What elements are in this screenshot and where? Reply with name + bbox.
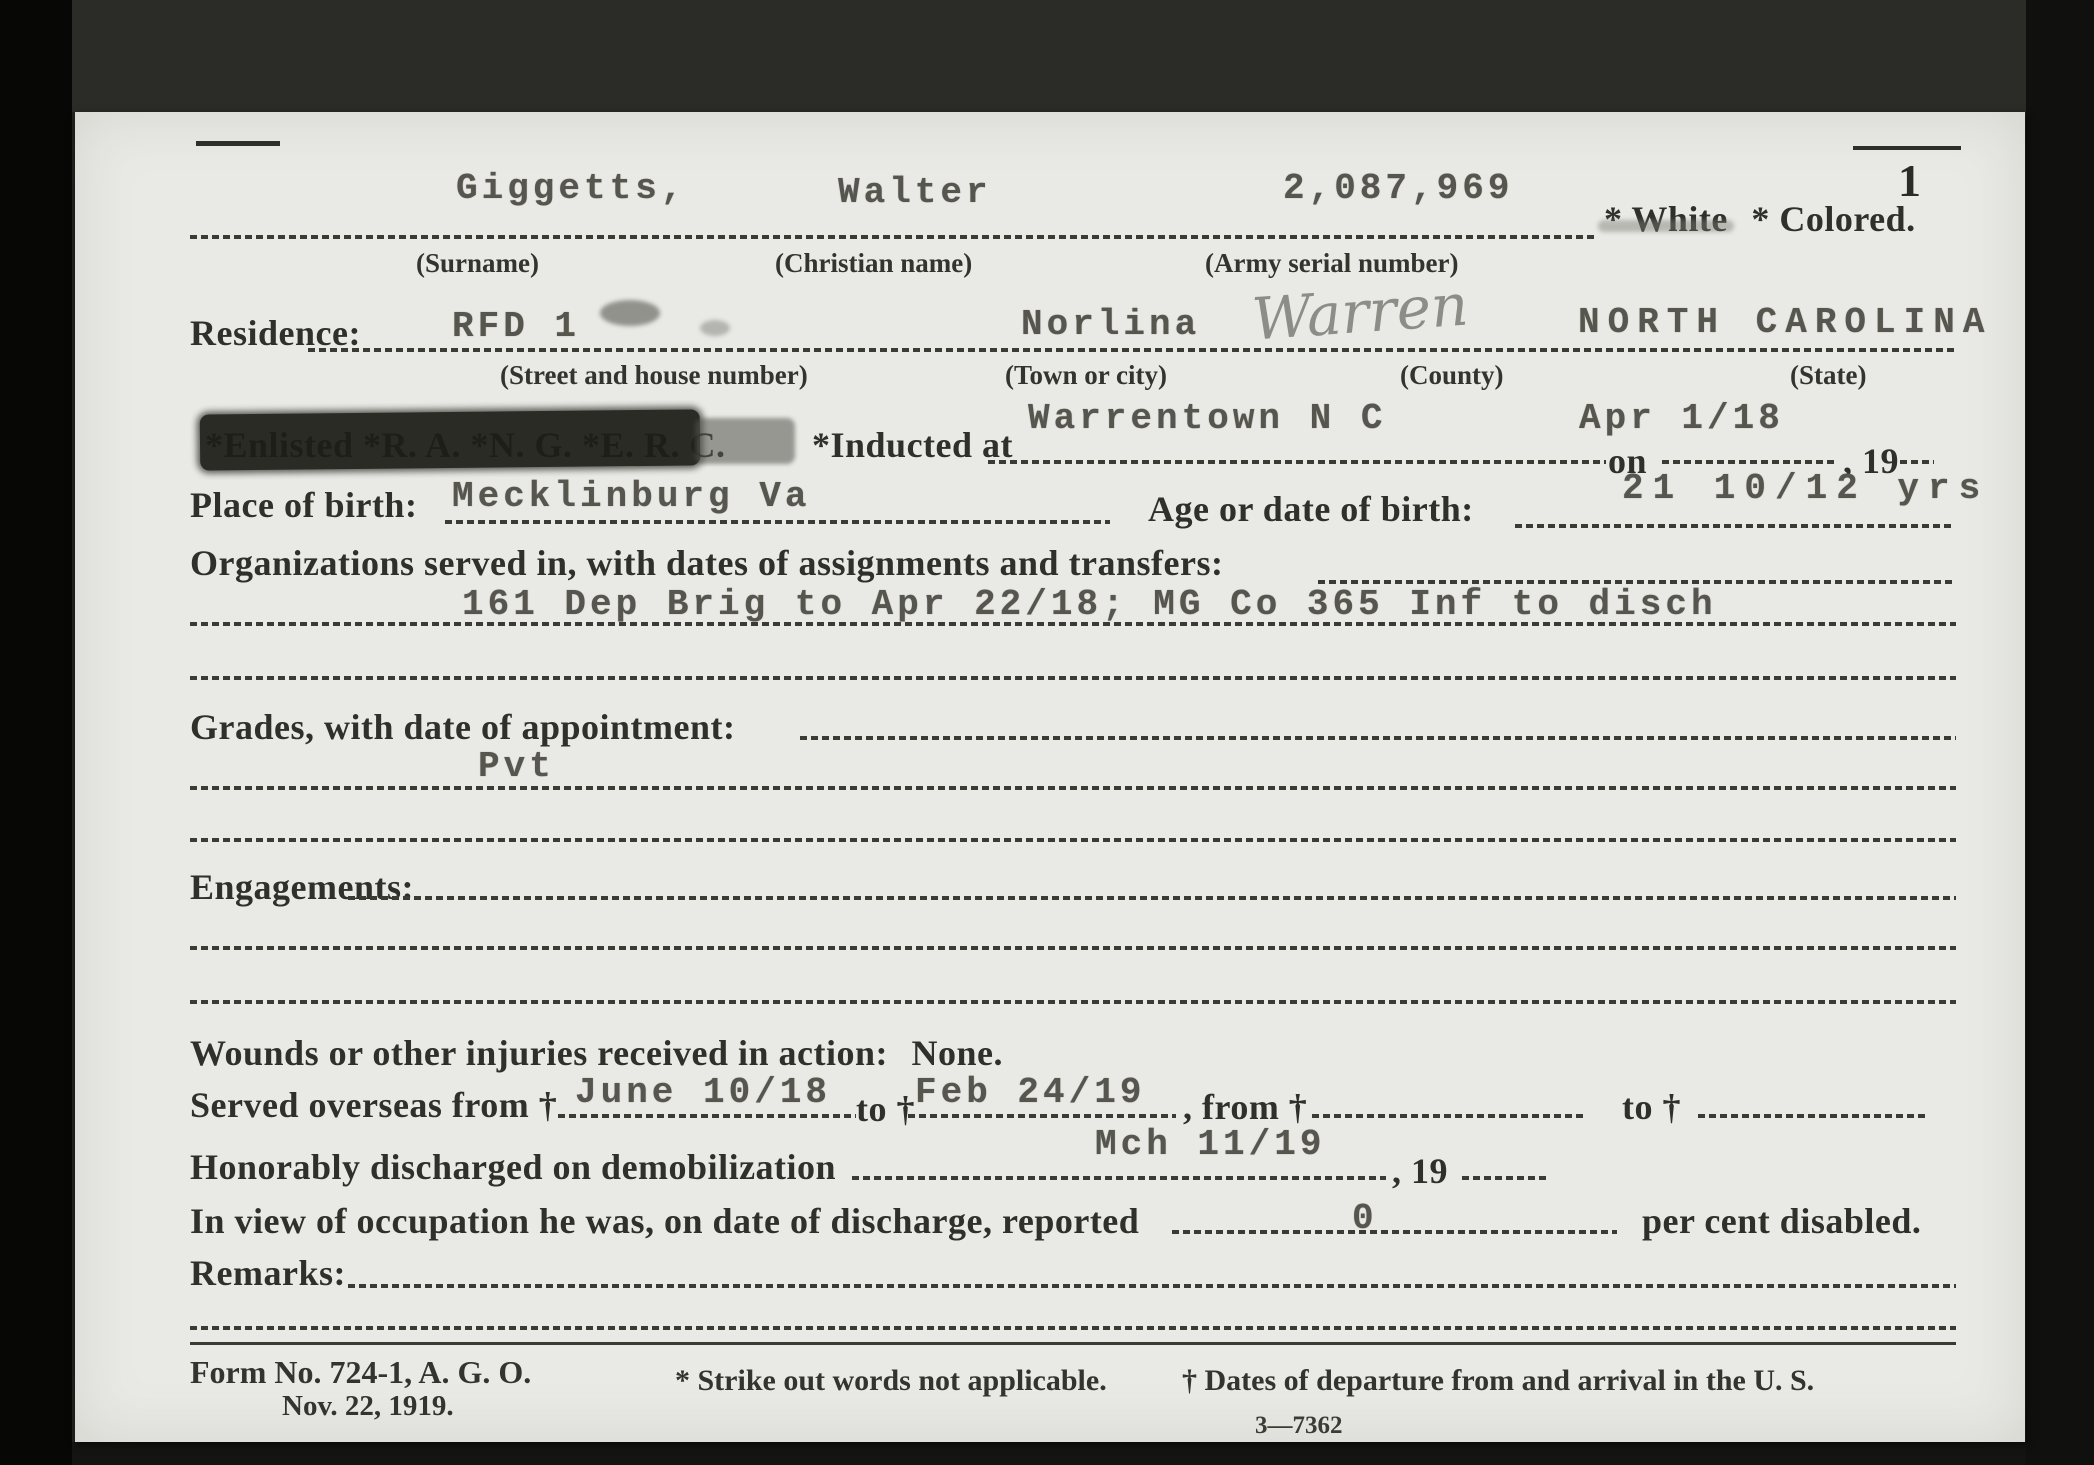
year-dotted-rule bbox=[1900, 460, 1934, 464]
scan-background-left bbox=[0, 0, 72, 1465]
place-of-birth-value: Mecklinburg Va bbox=[452, 476, 810, 517]
place-of-birth-dotted-rule bbox=[445, 520, 1110, 524]
overseas-from2-dotted-rule bbox=[1312, 1114, 1584, 1118]
surname-label: (Surname) bbox=[416, 248, 539, 279]
inducted-place-value: Warrentown N C bbox=[1028, 398, 1386, 439]
grades-entry: Pvt bbox=[478, 746, 555, 787]
organizations-dotted-rule-3 bbox=[190, 676, 1956, 680]
dagger-note: † Dates of departure from and arrival in… bbox=[1182, 1364, 1814, 1398]
form-date: Nov. 22, 1919. bbox=[282, 1390, 454, 1423]
town-value: Norlina bbox=[1021, 304, 1200, 345]
ink-smudge bbox=[700, 320, 730, 336]
overseas-from-dotted-rule bbox=[558, 1114, 856, 1118]
overseas-to2-dotted-rule bbox=[1698, 1114, 1926, 1118]
street-value: RFD 1 bbox=[452, 306, 580, 347]
christian-name-label: (Christian name) bbox=[775, 248, 972, 279]
age-label: Age or date of birth: bbox=[1148, 488, 1474, 530]
discharge-dotted-rule bbox=[852, 1176, 1386, 1180]
grades-dotted-rule-3 bbox=[190, 838, 1956, 842]
corner-dash-mark bbox=[196, 141, 280, 146]
wounds-value: None. bbox=[912, 1033, 1004, 1073]
race-white-option: * White bbox=[1604, 198, 1728, 240]
place-of-birth-label: Place of birth: bbox=[190, 484, 417, 526]
state-value: NORTH CAROLINA bbox=[1578, 302, 1992, 343]
remarks-dotted-rule bbox=[348, 1284, 1956, 1288]
redaction-smear bbox=[695, 418, 795, 464]
organizations-dotted-rule-2 bbox=[190, 622, 1956, 626]
name-dotted-rule bbox=[190, 235, 1598, 239]
engagements-dotted-rule-3 bbox=[190, 1000, 1956, 1004]
age-dotted-rule bbox=[1515, 524, 1955, 528]
discharge-label: Honorably discharged on demobilization bbox=[190, 1146, 836, 1188]
bottom-solid-rule bbox=[190, 1342, 1956, 1345]
induction-date-value: Apr 1/18 bbox=[1579, 398, 1784, 439]
bottom-dotted-rule bbox=[190, 1326, 1956, 1330]
residence-dotted-rule bbox=[308, 348, 1956, 352]
overseas-from2-label: , from † bbox=[1183, 1086, 1307, 1128]
grades-dotted-rule-1 bbox=[800, 736, 1956, 740]
overseas-to2-label: to † bbox=[1622, 1086, 1681, 1128]
induction-date-dotted-rule bbox=[1662, 460, 1838, 464]
remarks-label: Remarks: bbox=[190, 1252, 346, 1294]
redaction-mark bbox=[200, 409, 701, 470]
engagements-dotted-rule-1 bbox=[348, 896, 1956, 900]
organizations-entry: 161 Dep Brig to Apr 22/18; MG Co 365 Inf… bbox=[462, 584, 1717, 625]
scan-background-bottom bbox=[72, 1442, 2026, 1465]
scan-background-right bbox=[2026, 0, 2094, 1465]
disability-label: In view of occupation he was, on date of… bbox=[190, 1200, 1139, 1242]
organizations-label: Organizations served in, with dates of a… bbox=[190, 542, 1224, 584]
race-colored-option: * Colored. bbox=[1751, 199, 1915, 239]
town-label: (Town or city) bbox=[1005, 360, 1167, 391]
disability-value: 0 bbox=[1352, 1198, 1378, 1239]
discharge-date-value: Mch 11/19 bbox=[1095, 1124, 1325, 1165]
overseas-from-label: Served overseas from † bbox=[190, 1084, 557, 1126]
christian-name-value: Walter bbox=[838, 172, 992, 213]
state-label: (State) bbox=[1790, 360, 1866, 391]
ink-smudge bbox=[600, 300, 660, 326]
disability-suffix: per cent disabled. bbox=[1642, 1200, 1921, 1242]
engagements-dotted-rule-2 bbox=[190, 946, 1956, 950]
street-label: (Street and house number) bbox=[500, 360, 808, 391]
county-label: (County) bbox=[1400, 360, 1504, 391]
overseas-to-label: to † bbox=[856, 1088, 915, 1130]
print-code: 3—7362 bbox=[1255, 1412, 1343, 1440]
grades-dotted-rule-2 bbox=[190, 786, 1956, 790]
disability-dotted-rule bbox=[1172, 1230, 1617, 1234]
overseas-to-dotted-rule bbox=[908, 1114, 1176, 1118]
scan-background-top bbox=[72, 0, 2026, 112]
age-value: 21 10/12 yrs bbox=[1622, 468, 1989, 509]
inducted-at-label: *Inducted at bbox=[812, 424, 1013, 466]
engagements-label: Engagements: bbox=[190, 866, 414, 908]
strike-out-note: * Strike out words not applicable. bbox=[675, 1364, 1107, 1398]
surname-value: Giggetts, bbox=[456, 168, 686, 209]
overseas-to-value: Feb 24/19 bbox=[915, 1072, 1145, 1113]
army-serial-number-value: 2,087,969 bbox=[1283, 168, 1513, 209]
grades-label: Grades, with date of appointment: bbox=[190, 706, 736, 748]
discharge-year-dotted-rule bbox=[1462, 1176, 1550, 1180]
overseas-from-value: June 10/18 bbox=[575, 1072, 831, 1113]
page-number-overline bbox=[1853, 146, 1961, 150]
wounds-label: Wounds or other injuries received in act… bbox=[190, 1033, 888, 1073]
form-number: Form No. 724-1, A. G. O. bbox=[190, 1354, 531, 1391]
inducted-at-dotted-rule bbox=[988, 460, 1606, 464]
discharge-year-label: , 19 bbox=[1392, 1150, 1448, 1192]
